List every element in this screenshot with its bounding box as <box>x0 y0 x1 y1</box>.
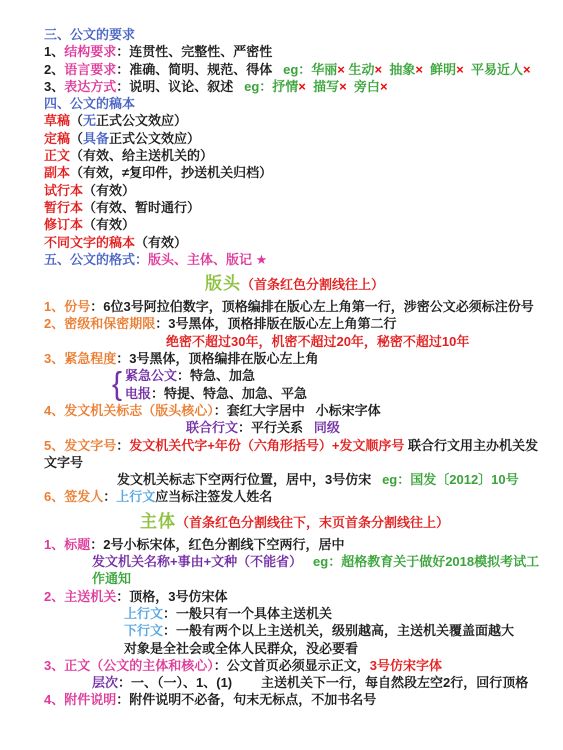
text-segment: 2、主送机关 <box>44 589 116 604</box>
text-segment: ：说明、议论、叙述 <box>116 79 244 94</box>
heading-section-3: 三、公文的要求 <box>44 26 545 43</box>
text-segment: 对象是全社会或全体人民群众，没必要看 <box>124 641 358 656</box>
text-segment: （有效） <box>135 235 187 250</box>
text-segment: 发文机关标志下空两行位置，居中，3号仿宋 <box>117 472 382 487</box>
text-segment: 试行本 <box>44 183 83 198</box>
text-segment: （有效，≠复印件，抄送机关归档） <box>70 165 272 180</box>
text-segment: × <box>298 79 306 94</box>
text-segment: 绝密不超过30年，机密不超过20年，秘密不超过10年 <box>166 334 469 349</box>
text-segment: 不同文字的稿本 <box>44 235 135 250</box>
line-zanxingben: 暂行本（有效、暂时通行） <box>44 199 545 216</box>
text-segment: 5、发文字号 <box>44 438 116 453</box>
text-segment: （有效） <box>83 183 135 198</box>
text-segment: 电报 <box>125 386 151 401</box>
line-xiudingben: 修订本（有效） <box>44 216 545 233</box>
text-segment: 同级 <box>314 420 340 435</box>
text-segment: 发文机关代字+年份（六角形括号）+发文顺序号 <box>129 438 404 453</box>
line-caogao: 草稿（无正式公文效应） <box>44 112 545 129</box>
text-segment: 版头 <box>205 274 241 293</box>
line-xiaxingwen: 下行文：一般有两个以上主送机关，级别越高，主送机关覆盖面越大 <box>124 622 545 639</box>
text-segment: × <box>380 79 388 94</box>
text-segment: 描写 <box>306 79 339 94</box>
line-cengci: 层次：一、（一）、1、(1) 主送机关下一行，每自然段左空2行，回行顶格 <box>92 674 545 691</box>
heading-section-5: 五、公文的格式：版头、主体、版记 ★ <box>44 251 545 268</box>
brace-icon: { <box>112 368 122 400</box>
heading-zhuti: 主体（首条红色分割线往下，末页首条分割线往上） <box>44 511 545 533</box>
line-miji-qixian: 2、密级和保密期限：3号黑体，顶格排版在版心左上角第二行 <box>44 315 545 332</box>
line-zhengwen: 正文（有效、给主送机关的） <box>44 147 545 164</box>
text-segment: 6、签发人 <box>44 489 103 504</box>
text-segment: ：套红大字居中 小标宋字体 <box>214 403 381 418</box>
text-segment: × <box>456 62 464 77</box>
section-drafts: 四、公文的稿本草稿（无正式公文效应）定稿（具备正式公文效应）正文（有效、给主送机… <box>44 95 545 268</box>
section-requirements: 三、公文的要求1、结构要求：连贯性、完整性、严密性2、语言要求：准确、简明、规范… <box>44 26 545 95</box>
text-segment: 草稿 <box>44 113 70 128</box>
text-segment: ：3号黑体，顶格排版在版心左上角第二行 <box>155 316 396 331</box>
text-segment: 上行文 <box>124 606 163 621</box>
text-segment: × <box>415 62 423 77</box>
text-segment: × <box>523 62 531 77</box>
text-segment: 紧急公文 <box>125 368 177 383</box>
line-fawen-zihao: 5、发文字号：发文机关代字+年份（六角形括号）+发文顺序号 联合行文用主办机关发… <box>44 437 545 472</box>
text-segment: × <box>375 62 383 77</box>
text-segment: ：准确、简明、规范、得体 <box>116 62 283 77</box>
line-miji-years: 绝密不超过30年，机密不超过20年，秘密不超过10年 <box>166 333 545 350</box>
section-bantou: 版头（首条红色分割线往上）1、份号：6位3号阿拉伯数字，顶格编排在版心左上角第一… <box>44 273 545 506</box>
text-segment: 三、公文的要求 <box>44 27 135 42</box>
text-segment: eg： <box>244 79 272 94</box>
line-shangxingwen: 上行文：一般只有一个具体主送机关 <box>124 605 545 622</box>
heading-section-4: 四、公文的稿本 <box>44 95 545 112</box>
text-segment: 表达方式 <box>64 79 116 94</box>
text-segment: 发文机关名称+事由+文种（不能省） <box>92 554 313 569</box>
text-segment: 抒情 <box>272 79 298 94</box>
text-segment: 副本 <box>44 165 70 180</box>
text-segment: 暂行本 <box>44 200 83 215</box>
text-segment: （首条红色分割线往下，末页首条分割线往上） <box>176 515 449 530</box>
text-segment: ：平行关系 <box>238 420 314 435</box>
text-segment: （有效） <box>83 217 135 232</box>
text-segment: 应当标注签发人姓名 <box>155 489 272 504</box>
text-segment: （首条红色分割线往上） <box>241 277 384 292</box>
text-segment: × <box>339 79 347 94</box>
text-segment: × <box>337 62 345 77</box>
line-expression-method: 3、表达方式：说明、议论、叙述 eg：抒情× 描写× 旁白× <box>44 78 545 95</box>
text-segment: ：公文首页必须显示正文， <box>214 658 370 673</box>
text-segment: 无 <box>83 113 96 128</box>
text-segment: 平易近人 <box>464 62 523 77</box>
text-segment: （有效、给主送机关的） <box>70 148 213 163</box>
text-segment: 定稿 <box>44 131 70 146</box>
text-segment: 1、份号 <box>44 299 90 314</box>
line-shixingben: 试行本（有效） <box>44 182 545 199</box>
line-language-requirement: 2、语言要求：准确、简明、规范、得体 eg：华丽× 生动× 抽象× 鲜明× 平易… <box>44 61 545 78</box>
text-segment: 具备 <box>83 131 109 146</box>
line-biaoti: 1、标题：2号小标宋体，红色分割线下空两行，居中 <box>44 536 545 553</box>
text-segment: 下行文 <box>124 623 163 638</box>
text-segment: eg：国发〔2012〕10号 <box>382 472 519 487</box>
text-segment: ：一、（一）、1、(1) 主送机关下一行，每自然段左空2行，回行顶格 <box>118 675 528 690</box>
text-segment: 正文 <box>44 148 70 163</box>
text-segment: ：特急、加急 <box>177 368 255 383</box>
text-segment: 3、紧急程度 <box>44 351 116 366</box>
text-segment: eg： <box>313 554 341 569</box>
notes-page: 三、公文的要求1、结构要求：连贯性、完整性、严密性2、语言要求：准确、简明、规范… <box>0 0 563 750</box>
text-segment: 4、发文机关标志（版头核心） <box>44 403 214 418</box>
text-segment: 鲜明 <box>423 62 456 77</box>
line-zhengwen-core: 3、正文（公文的主体和核心）：公文首页必须显示正文，3号仿宋字体 <box>44 657 545 674</box>
text-segment: ：顶格，3号仿宋体 <box>116 589 227 604</box>
text-segment: 华丽 <box>311 62 337 77</box>
line-fenhao: 1、份号：6位3号阿拉伯数字，顶格编排在版心左上角第一行，涉密公文必须标注份号 <box>44 298 545 315</box>
text-segment: ：2号小标宋体，红色分割线下空两行，居中 <box>90 537 344 552</box>
text-segment: 2、密级和保密期限 <box>44 316 155 331</box>
line-fawen-zihao-position: 发文机关标志下空两行位置，居中，3号仿宋 eg：国发〔2012〕10号 <box>117 471 545 488</box>
text-segment: ： <box>103 489 116 504</box>
text-segment: 3号仿宋字体 <box>370 658 442 673</box>
line-dianbao: 电报：特提、特急、加急、平急 <box>125 385 307 402</box>
text-segment: 主体 <box>140 512 176 531</box>
line-fuben: 副本（有效，≠复印件，抄送机关归档） <box>44 164 545 181</box>
text-segment: 3、正文（公文的主体和核心） <box>44 658 214 673</box>
text-segment: ：6位3号阿拉伯数字，顶格编排在版心左上角第一行，涉密公文必须标注份号 <box>90 299 533 314</box>
text-segment: ：一般有两个以上主送机关，级别越高，主送机关覆盖面越大 <box>163 623 514 638</box>
line-jinji-chengdu: 3、紧急程度：3号黑体，顶格编排在版心左上角 <box>44 350 545 367</box>
line-butong-wenzi: 不同文字的稿本（有效） <box>44 234 545 251</box>
text-segment: （ <box>70 131 83 146</box>
text-segment: （有效、暂时通行） <box>83 200 200 215</box>
line-zhusong-jiguan: 2、主送机关：顶格，3号仿宋体 <box>44 588 545 605</box>
text-segment: eg： <box>283 62 311 77</box>
line-biaoti-formula: 发文机关名称+事由+文种（不能省） eg：超格教育关于做好2018模拟考试工作通… <box>92 553 545 588</box>
text-segment: 版头、主体、版记 ★ <box>148 252 267 267</box>
text-segment: 层次 <box>92 675 118 690</box>
section-zhuti: 主体（首条红色分割线往下，末页首条分割线往上）1、标题：2号小标宋体，红色分割线… <box>44 511 545 709</box>
text-segment: ：附件说明不必备，句末无标点，不加书名号 <box>116 692 376 707</box>
text-segment: 联合行文 <box>186 420 238 435</box>
text-segment: ：连贯性、完整性、严密性 <box>116 44 272 59</box>
brace-lines: 紧急公文：特急、加急电报：特提、特急、加急、平急 <box>125 367 307 402</box>
text-segment: ：特提、特急、加急、平急 <box>151 386 307 401</box>
line-lianhe-xingwen: 联合行文：平行关系 同级 <box>186 419 545 436</box>
text-segment: 1、 <box>44 44 64 59</box>
text-segment: 3、 <box>44 79 64 94</box>
text-segment: 1、标题 <box>44 537 90 552</box>
text-segment: 五、公文的格式： <box>44 252 148 267</box>
text-segment: 语言要求 <box>64 62 116 77</box>
text-segment: （ <box>70 113 83 128</box>
line-structure-requirement: 1、结构要求：连贯性、完整性、严密性 <box>44 43 545 60</box>
brace-group: {紧急公文：特急、加急电报：特提、特急、加急、平急 <box>112 367 545 402</box>
line-duixiang: 对象是全社会或全体人民群众，没必要看 <box>124 640 545 657</box>
heading-bantou: 版头（首条红色分割线往上） <box>44 273 545 295</box>
text-segment: ：一般只有一个具体主送机关 <box>163 606 332 621</box>
text-segment: ： <box>116 438 129 453</box>
text-segment: 生动 <box>345 62 375 77</box>
line-fujian-shuoming: 4、附件说明：附件说明不必备，句末无标点，不加书名号 <box>44 691 545 708</box>
line-fawen-biaozhi: 4、发文机关标志（版头核心）：套红大字居中 小标宋字体 <box>44 402 545 419</box>
text-segment: ：3号黑体，顶格编排在版心左上角 <box>116 351 318 366</box>
text-segment: 正式公文效应） <box>96 113 187 128</box>
text-segment: 抽象 <box>382 62 415 77</box>
text-segment: 4、附件说明 <box>44 692 116 707</box>
text-segment: 旁白 <box>347 79 380 94</box>
text-segment: 结构要求 <box>64 44 116 59</box>
text-segment: 上行文 <box>116 489 155 504</box>
text-segment: 2、 <box>44 62 64 77</box>
line-jinji-gongwen: 紧急公文：特急、加急 <box>125 367 307 384</box>
text-segment: 正式公文效应） <box>109 131 200 146</box>
text-segment: 四、公文的稿本 <box>44 96 135 111</box>
text-segment: 修订本 <box>44 217 83 232</box>
line-qianfaren: 6、签发人：上行文应当标注签发人姓名 <box>44 488 545 505</box>
line-dinggao: 定稿（具备正式公文效应） <box>44 130 545 147</box>
